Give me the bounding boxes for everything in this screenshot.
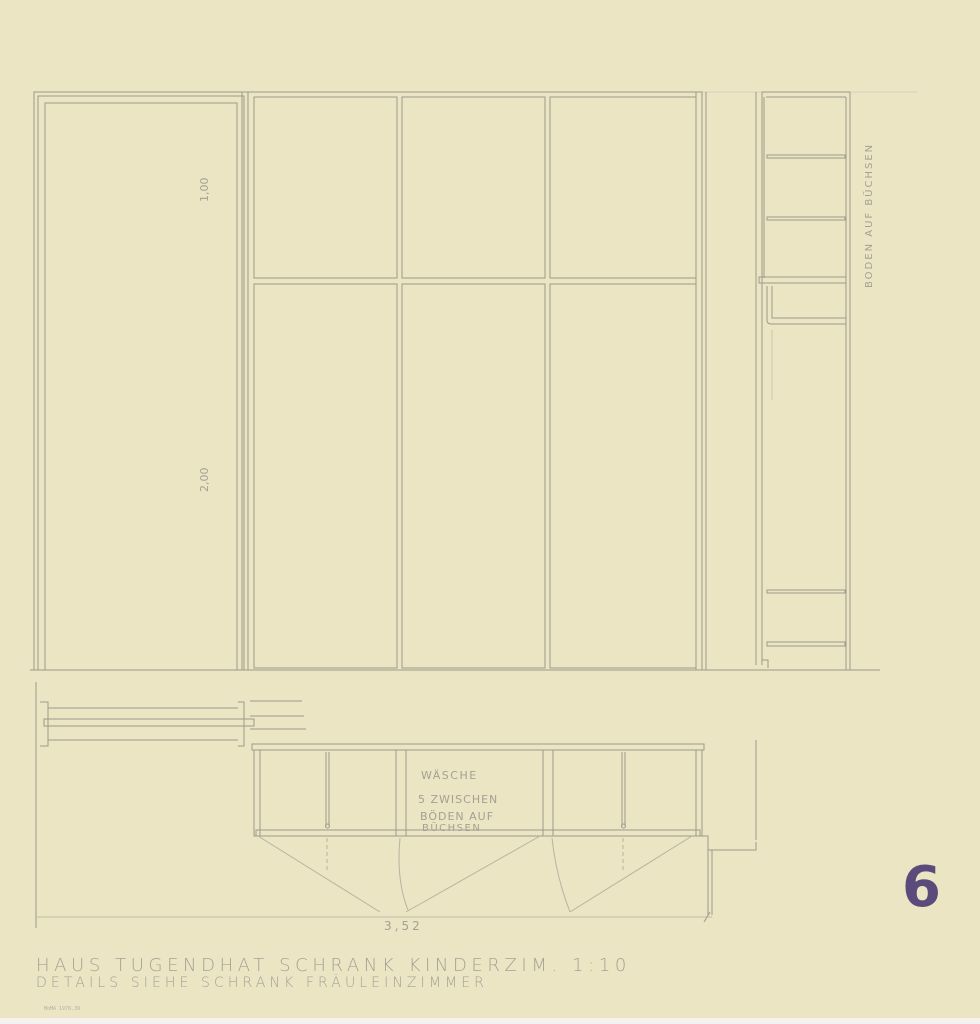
main-cabinet-frame <box>248 92 702 670</box>
upper-panel-3 <box>550 97 696 278</box>
archive-mark: MoMA 1976.39 <box>44 1006 80 1012</box>
partition-plan <box>396 750 406 836</box>
side-section <box>706 92 850 670</box>
drawing-title: HAUS TUGENDHAT SCHRANK KINDERZIM. 1:10 <box>36 955 631 976</box>
shelf <box>767 590 845 593</box>
base-shelf <box>767 642 845 646</box>
left-door-frame <box>34 92 248 670</box>
upper-panel-2 <box>402 97 545 278</box>
back-wall-plan <box>252 744 704 750</box>
shelf <box>767 155 845 158</box>
drawing-subtitle: DETAILS SIEHE SCHRANK FRÄULEINZIMMER <box>36 975 488 991</box>
upper-panel-1 <box>254 97 397 278</box>
plan-note-4: BÜCHSEN <box>422 821 481 834</box>
lower-panel-1 <box>254 284 397 668</box>
dimension-lower: 2,00 <box>198 468 211 493</box>
shelf <box>767 217 845 220</box>
partition-plan <box>543 750 553 836</box>
side-label: BODEN AUF BÜCHSEN <box>862 143 875 288</box>
dimension-upper: 1,00 <box>198 178 211 203</box>
front-elevation <box>30 92 918 670</box>
overall-width-dimension: 3,52 <box>384 919 423 933</box>
plan-note-2: 5 ZWISCHEN <box>418 793 498 806</box>
floor-plan <box>36 682 756 928</box>
left-door-plan <box>44 719 254 726</box>
lower-panel-2 <box>402 284 545 668</box>
plan-note-3: BÖDEN AUF <box>420 810 494 823</box>
sheet-number-stamp: 6 <box>902 860 941 916</box>
shelf <box>759 277 846 283</box>
cabinet-drawing: 1,00 2,00 BODEN AUF BÜCHSEN WÄSCHE 5 ZWI… <box>0 0 980 1024</box>
plan-note-1: WÄSCHE <box>421 769 478 782</box>
lower-panel-3 <box>550 284 696 668</box>
